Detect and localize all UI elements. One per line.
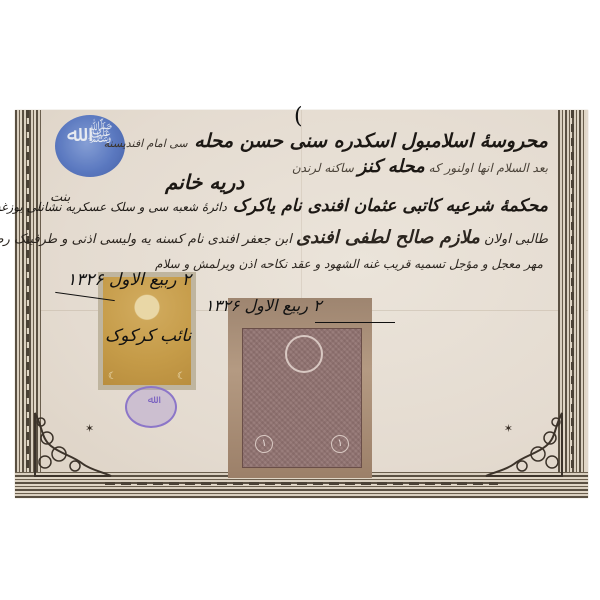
star-ornament-icon: ✶ <box>504 422 513 435</box>
stamp-value: ۱ <box>331 435 349 453</box>
tughra-emblem-icon <box>285 335 323 373</box>
text-line-5: طالبی اولان ملازم صالح لطفی افندی ابن جع… <box>0 227 548 248</box>
handwritten-mark: ( <box>294 104 303 129</box>
text-line-1: محروسۀ اسلامبول اسکدره سنی حسن محله سی ا… <box>104 130 548 152</box>
corner-ornament-left-icon <box>33 408 113 478</box>
purple-seal-icon: ﷲ <box>125 386 177 428</box>
bride-name: دریه خانم <box>165 170 244 194</box>
crescent-icon: ☾ <box>108 371 117 382</box>
corner-ornament-right-icon <box>484 408 564 478</box>
stamp-value: ۱ <box>255 435 273 453</box>
bottom-border-dashes <box>105 482 498 485</box>
ink-stroke <box>315 322 395 323</box>
crescent-icon: ☾ <box>177 371 186 382</box>
document-sheet: ✶ ✶ official-blue-seal ﷺ ﷲ ( محروسۀ اسلا… <box>15 110 588 498</box>
handwritten-signature: نائب کرکوک <box>105 326 191 346</box>
text-line-2: بعد السلام انها اولنور که محله کنز ساکنه… <box>292 156 548 177</box>
star-ornament-icon: ✶ <box>85 422 94 435</box>
text-line-4: محکمۀ شرعیه کاتبی عثمان افندی نام یاکرک … <box>0 196 548 216</box>
left-border-dashes <box>26 110 29 472</box>
text-line-6: مهر معجل و مؤجل تسمیه قریب غنه الشهود و … <box>155 257 543 271</box>
right-border-dashes <box>571 110 574 472</box>
handwritten-date-right: ۲ ربیع الاول ۱۳۲۶ <box>205 296 322 315</box>
handwritten-date-left: ۲ ربیع الاول ۱۳۲۶ <box>67 270 191 290</box>
revenue-stamp: ۱ ۱ <box>228 298 372 478</box>
